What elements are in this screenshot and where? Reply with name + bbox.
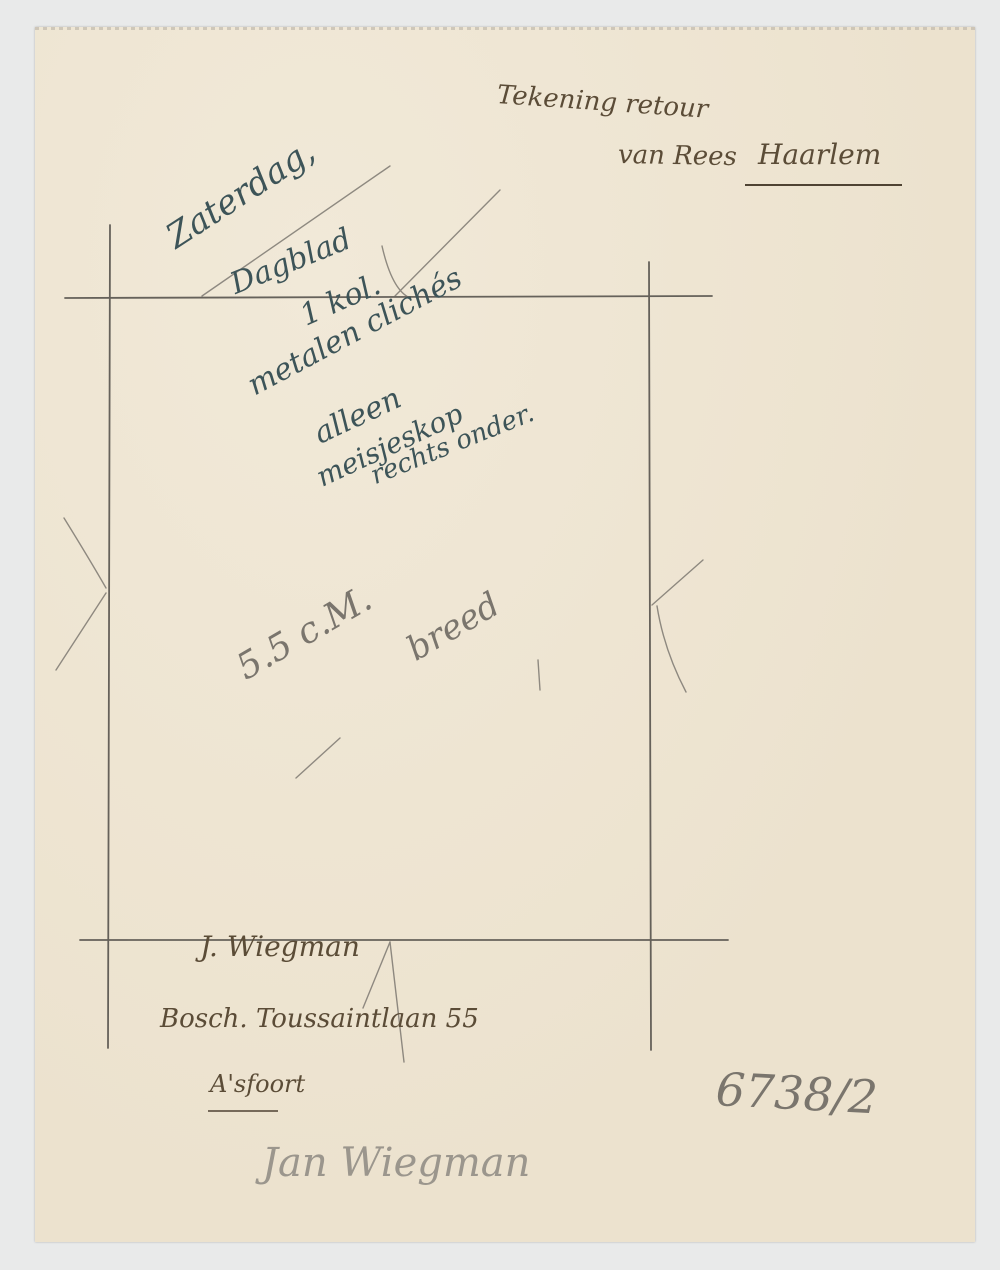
artist-city: A'sfoort	[210, 1070, 305, 1098]
return-note-line2-prefix: van Rees	[618, 140, 737, 172]
inventory-number: 6738/2	[715, 1062, 879, 1124]
artist-name: J. Wiegman	[200, 930, 360, 963]
return-note-city: Haarlem	[758, 138, 881, 171]
artist-address: Bosch. Toussaintlaan 55	[160, 1004, 479, 1034]
pencil-signature: Jan Wiegman	[262, 1140, 530, 1186]
